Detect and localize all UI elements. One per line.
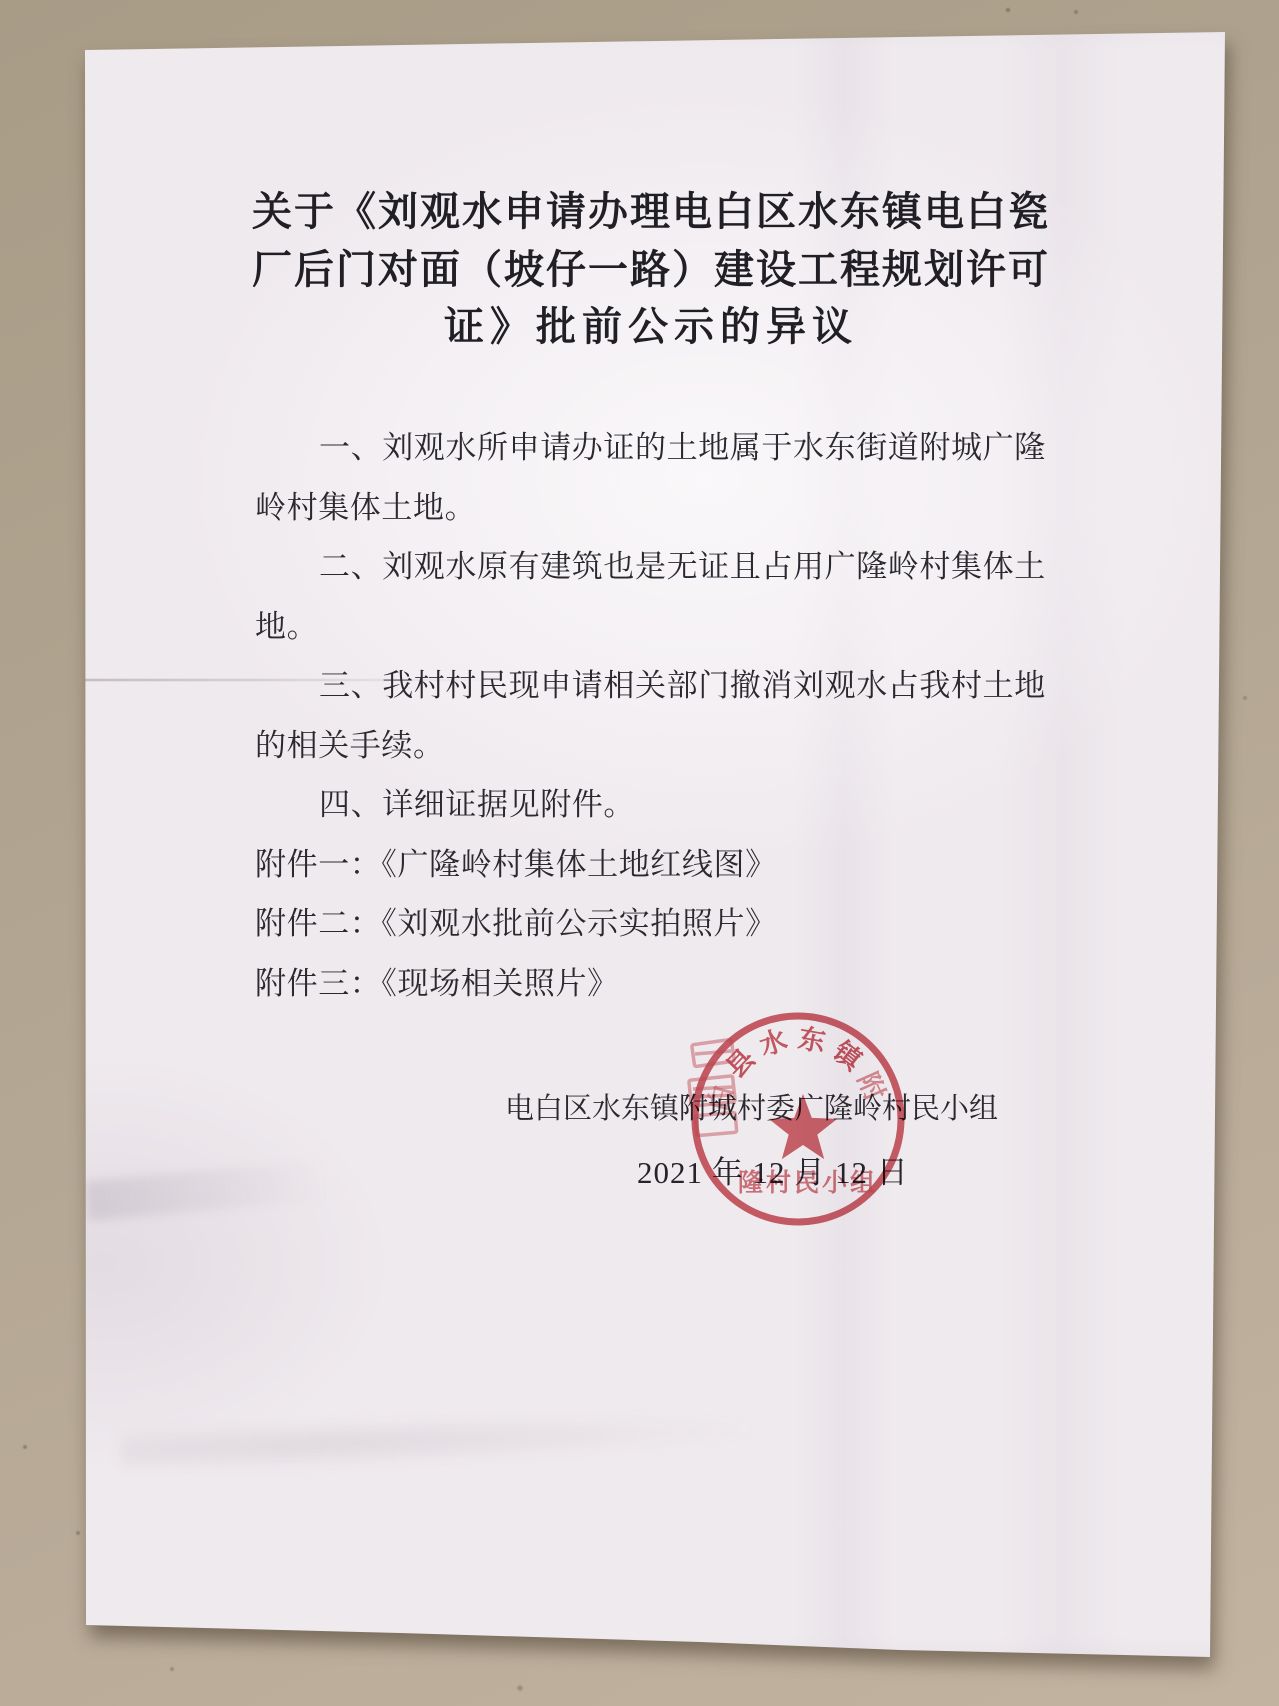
desk-surface: 关于《刘观水申请办理电白区水东镇电白瓷 厂后门对面（坡仔一路）建设工程规划许可 … — [0, 0, 1279, 1706]
document-paper: 关于《刘观水申请办理电白区水东镇电白瓷 厂后门对面（坡仔一路）建设工程规划许可 … — [0, 0, 1279, 1706]
document-body: 一、刘观水所申请办证的土地属于水东街道附城广隆 岭村集体土地。 二、刘观水原有建… — [255, 418, 1085, 1013]
body-line: 二、刘观水原有建筑也是无证且占用广隆岭村集体土 — [255, 537, 1085, 597]
paper-shadow-wrapper: 关于《刘观水申请办理电白区水东镇电白瓷 厂后门对面（坡仔一路）建设工程规划许可 … — [0, 0, 1279, 1706]
svg-text:东: 东 — [796, 1023, 828, 1057]
body-line: 三、我村村民现申请相关部门撤消刘观水占我村土地 — [255, 656, 1085, 716]
attachment-line: 附件三：《现场相关照片》 — [255, 954, 1085, 1014]
svg-text:镇: 镇 — [827, 1036, 868, 1077]
svg-text:水: 水 — [756, 1024, 791, 1061]
body-line: 岭村集体土地。 — [255, 478, 1085, 538]
document-title: 关于《刘观水申请办理电白区水东镇电白瓷 厂后门对面（坡仔一路）建设工程规划许可 … — [141, 184, 1161, 357]
signature-organization: 电白区水东镇附城村委广隆岭村民小组 — [505, 1086, 998, 1127]
body-line: 地。 — [255, 597, 1085, 657]
title-line: 厂后门对面（坡仔一路）建设工程规划许可 — [141, 242, 1161, 300]
paper-top-edge-shading — [90, 28, 1215, 48]
attachment-line: 附件一：《广隆岭村集体土地红线图》 — [255, 835, 1085, 895]
title-line: 证》批前公示的异议 — [141, 299, 1161, 357]
document-date: 2021 年 12 月 12 日 — [637, 1147, 909, 1192]
paper-wrinkle-shadow — [119, 1404, 770, 1477]
body-line: 一、刘观水所申请办证的土地属于水东街道附城广隆 — [255, 418, 1085, 478]
body-line: 四、详细证据见附件。 — [255, 775, 1085, 835]
body-line: 的相关手续。 — [255, 716, 1085, 776]
paper-wrinkle-shadow — [85, 1155, 387, 1221]
official-red-seal: 白 县 水 东 镇 附 隆村民小组 — [663, 1000, 933, 1260]
title-line: 关于《刘观水申请办理电白区水东镇电白瓷 — [141, 184, 1161, 242]
attachment-line: 附件二：《刘观水批前公示实拍照片》 — [255, 894, 1085, 954]
svg-text:县: 县 — [720, 1043, 760, 1083]
